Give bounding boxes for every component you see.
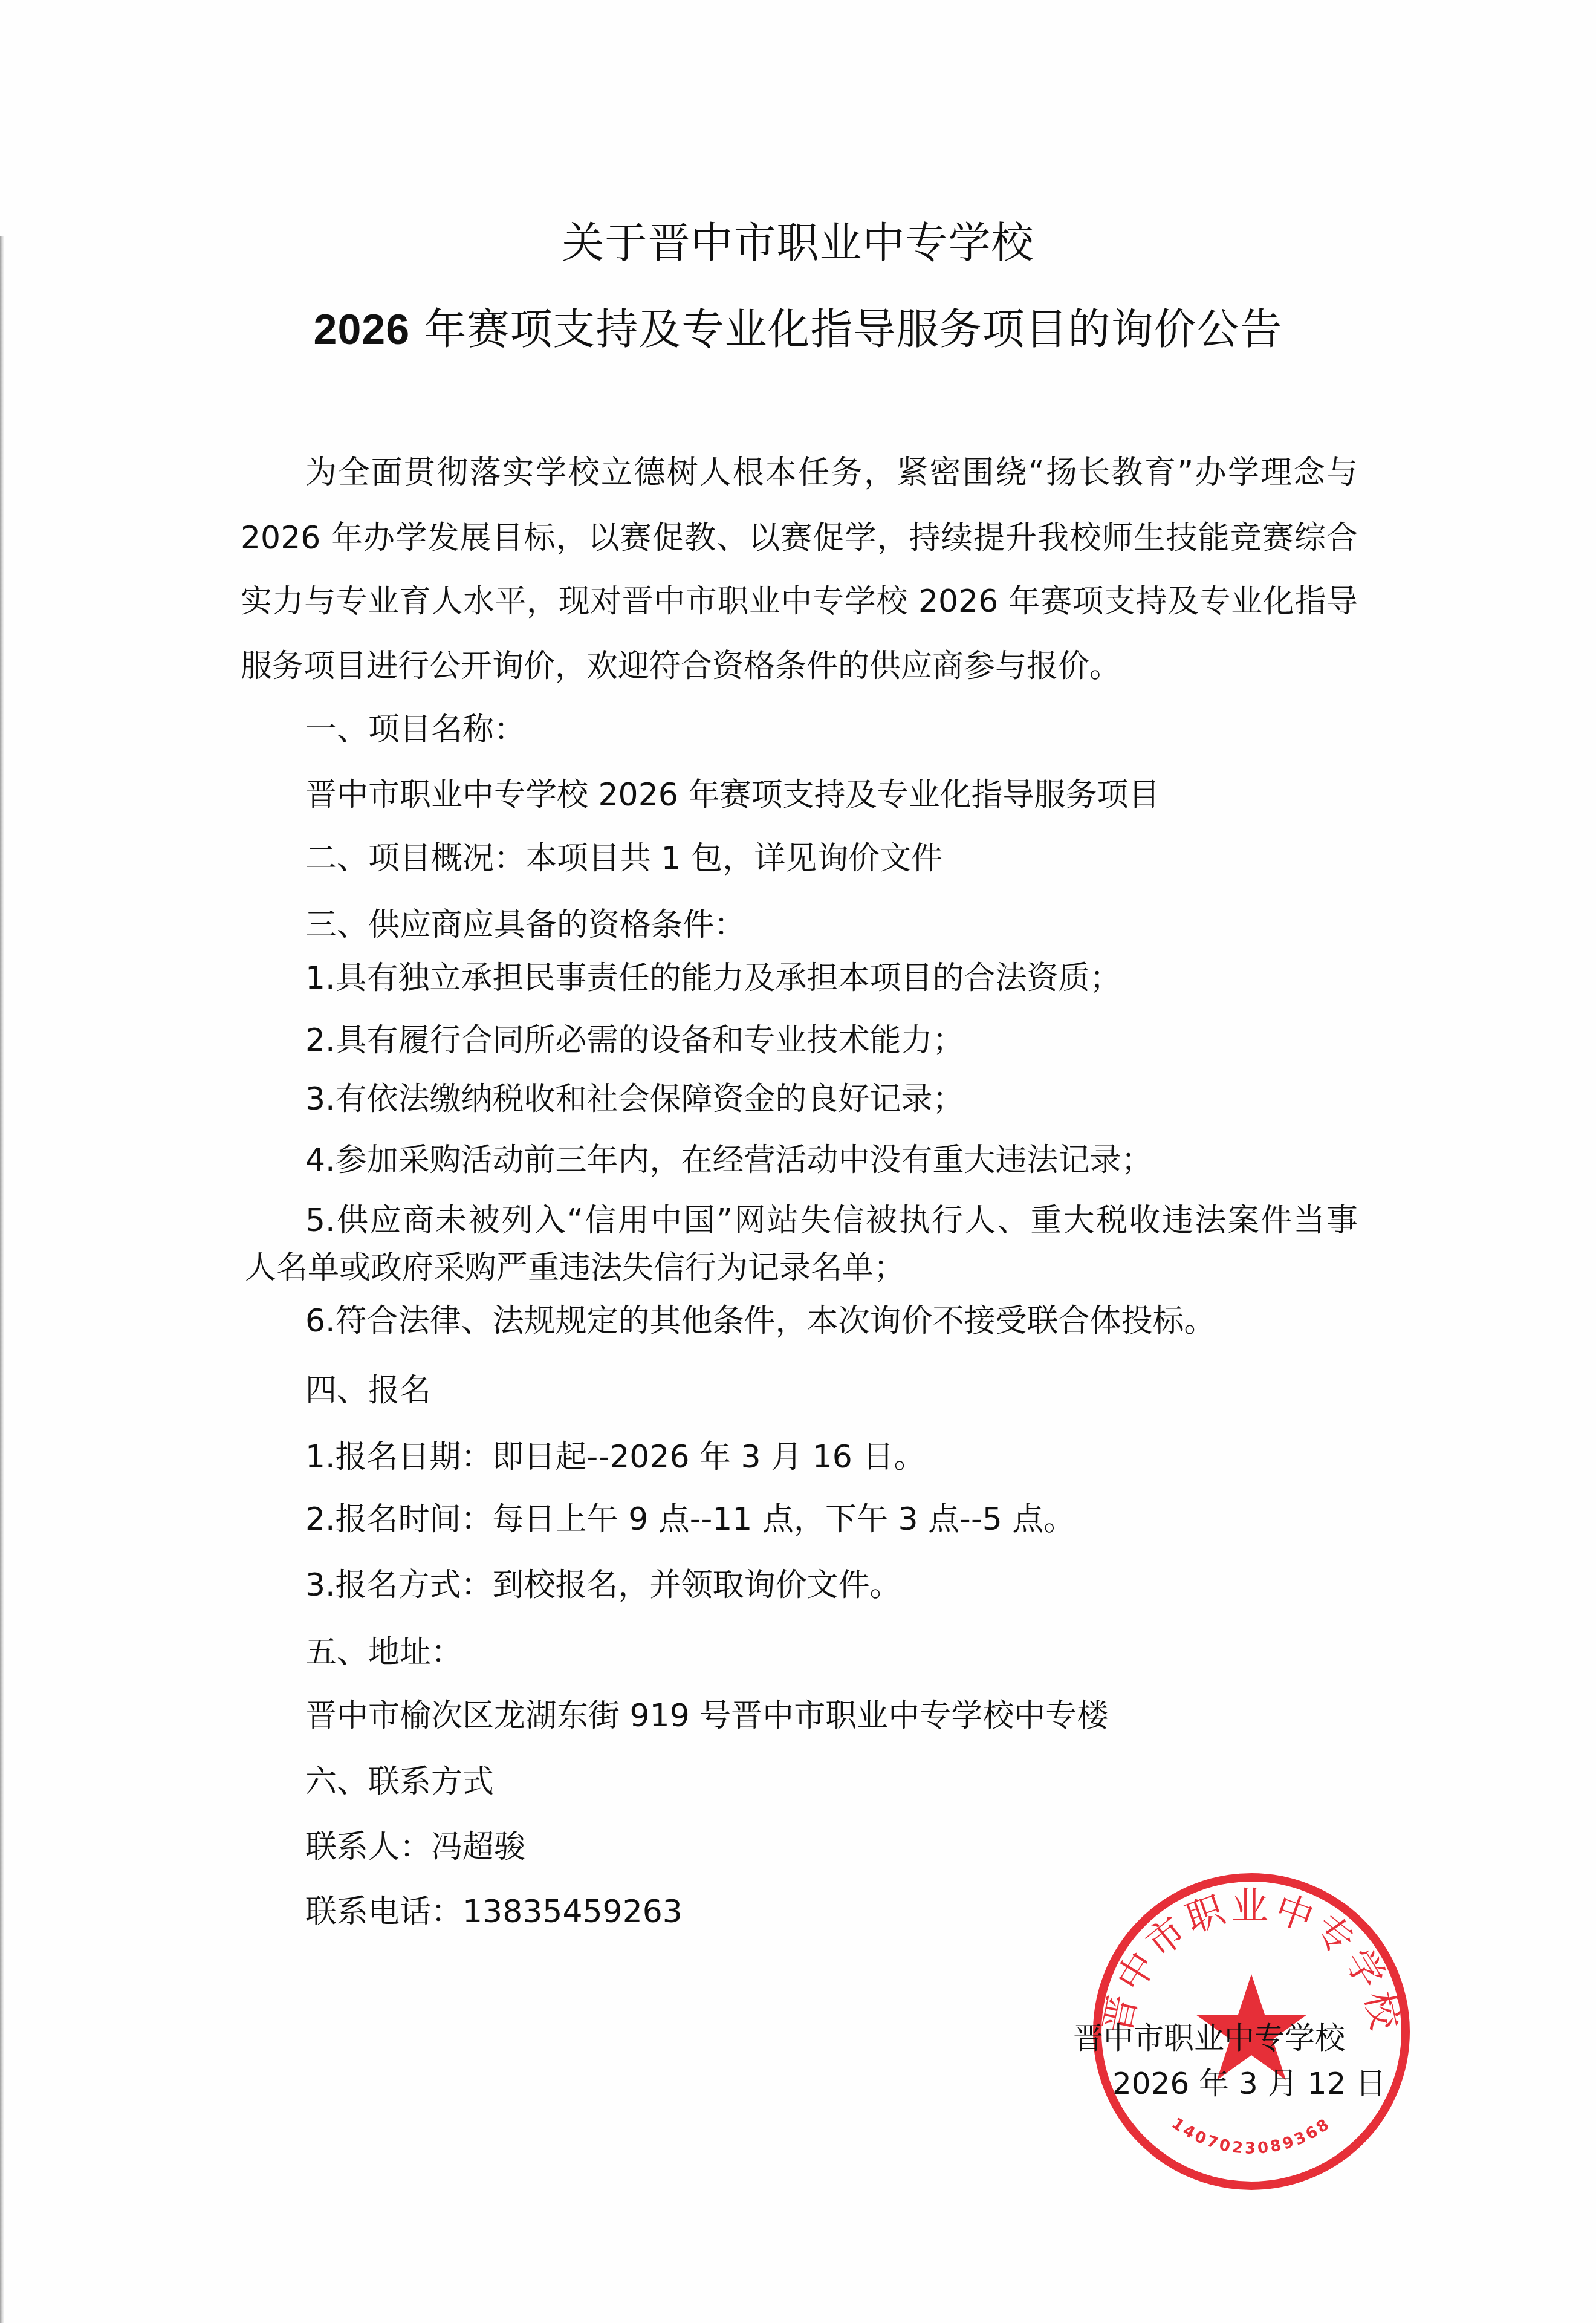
qualification-item-4: 4.参加采购活动前三年内，在经营活动中没有重大违法记录； bbox=[305, 1142, 1153, 1178]
title-line-2: 2026 年赛项支持及专业化指导服务项目的询价公告 bbox=[0, 305, 1596, 354]
qualification-item-5-continued: 人名单或政府采购严重违法失信行为记录名单； bbox=[245, 1250, 905, 1286]
section-1-heading: 一、项目名称： bbox=[305, 712, 525, 748]
qualification-item-1: 1.具有独立承担民事责任的能力及承担本项目的合法资质； bbox=[305, 960, 1121, 996]
section-3-heading: 三、供应商应具备的资格条件： bbox=[305, 907, 745, 943]
title-year: 2026 bbox=[314, 306, 410, 353]
title-line-2-text: 年赛项支持及专业化指导服务项目的询价公告 bbox=[410, 305, 1282, 354]
section-6-heading: 六、联系方式 bbox=[305, 1764, 494, 1800]
intro-line-3: 实力与专业育人水平，现对晋中市职业中专学校 2026 年赛项支持及专业化指导 bbox=[241, 583, 1358, 620]
registration-date: 1.报名日期：即日起--2026 年 3 月 16 日。 bbox=[305, 1439, 925, 1475]
contact-phone: 联系电话：13835459263 bbox=[305, 1894, 683, 1930]
signature-organization: 晋中市职业中专学校 bbox=[1073, 2021, 1345, 2055]
intro-line-1: 为全面贯彻落实学校立德树人根本任务，紧密围绕“扬长教育”办学理念与 bbox=[305, 455, 1358, 491]
signature-date: 2026 年 3 月 12 日 bbox=[1112, 2067, 1386, 2100]
scan-edge-shadow bbox=[0, 236, 4, 2323]
section-5-heading: 五、地址： bbox=[305, 1634, 462, 1671]
qualification-item-2: 2.具有履行合同所必需的设备和专业技术能力； bbox=[305, 1022, 964, 1059]
qualification-item-3: 3.有依法缴纳税收和社会保障资金的良好记录； bbox=[305, 1081, 964, 1117]
contact-person: 联系人：冯超骏 bbox=[305, 1829, 525, 1865]
seal-code: 1407023089368 bbox=[1169, 2114, 1335, 2158]
section-4-heading: 四、报名 bbox=[305, 1373, 431, 1409]
document-page: 关于晋中市职业中专学校 2026 年赛项支持及专业化指导服务项目的询价公告 为全… bbox=[0, 0, 1596, 2323]
intro-line-2: 2026 年办学发展目标，以赛促教、以赛促学，持续提升我校师生技能竞赛综合 bbox=[241, 520, 1358, 556]
section-1-content: 晋中市职业中专学校 2026 年赛项支持及专业化指导服务项目 bbox=[305, 777, 1160, 813]
registration-time: 2.报名时间：每日上午 9 点--11 点，下午 3 点--5 点。 bbox=[305, 1501, 1075, 1538]
qualification-item-5: 5.供应商未被列入“信用中国”网站失信被执行人、重大税收违法案件当事 bbox=[305, 1203, 1358, 1239]
qualification-item-6: 6.符合法律、法规规定的其他条件，本次询价不接受联合体投标。 bbox=[305, 1303, 1216, 1339]
address: 晋中市榆次区龙湖东街 919 号晋中市职业中专学校中专楼 bbox=[305, 1698, 1108, 1734]
intro-line-4: 服务项目进行公开询价，欢迎符合资格条件的供应商参与报价。 bbox=[241, 648, 1121, 684]
section-2-heading: 二、项目概况：本项目共 1 包，详见询价文件 bbox=[305, 840, 942, 877]
registration-method: 3.报名方式：到校报名，并领取询价文件。 bbox=[305, 1567, 901, 1603]
title-line-1: 关于晋中市职业中专学校 bbox=[0, 219, 1596, 267]
